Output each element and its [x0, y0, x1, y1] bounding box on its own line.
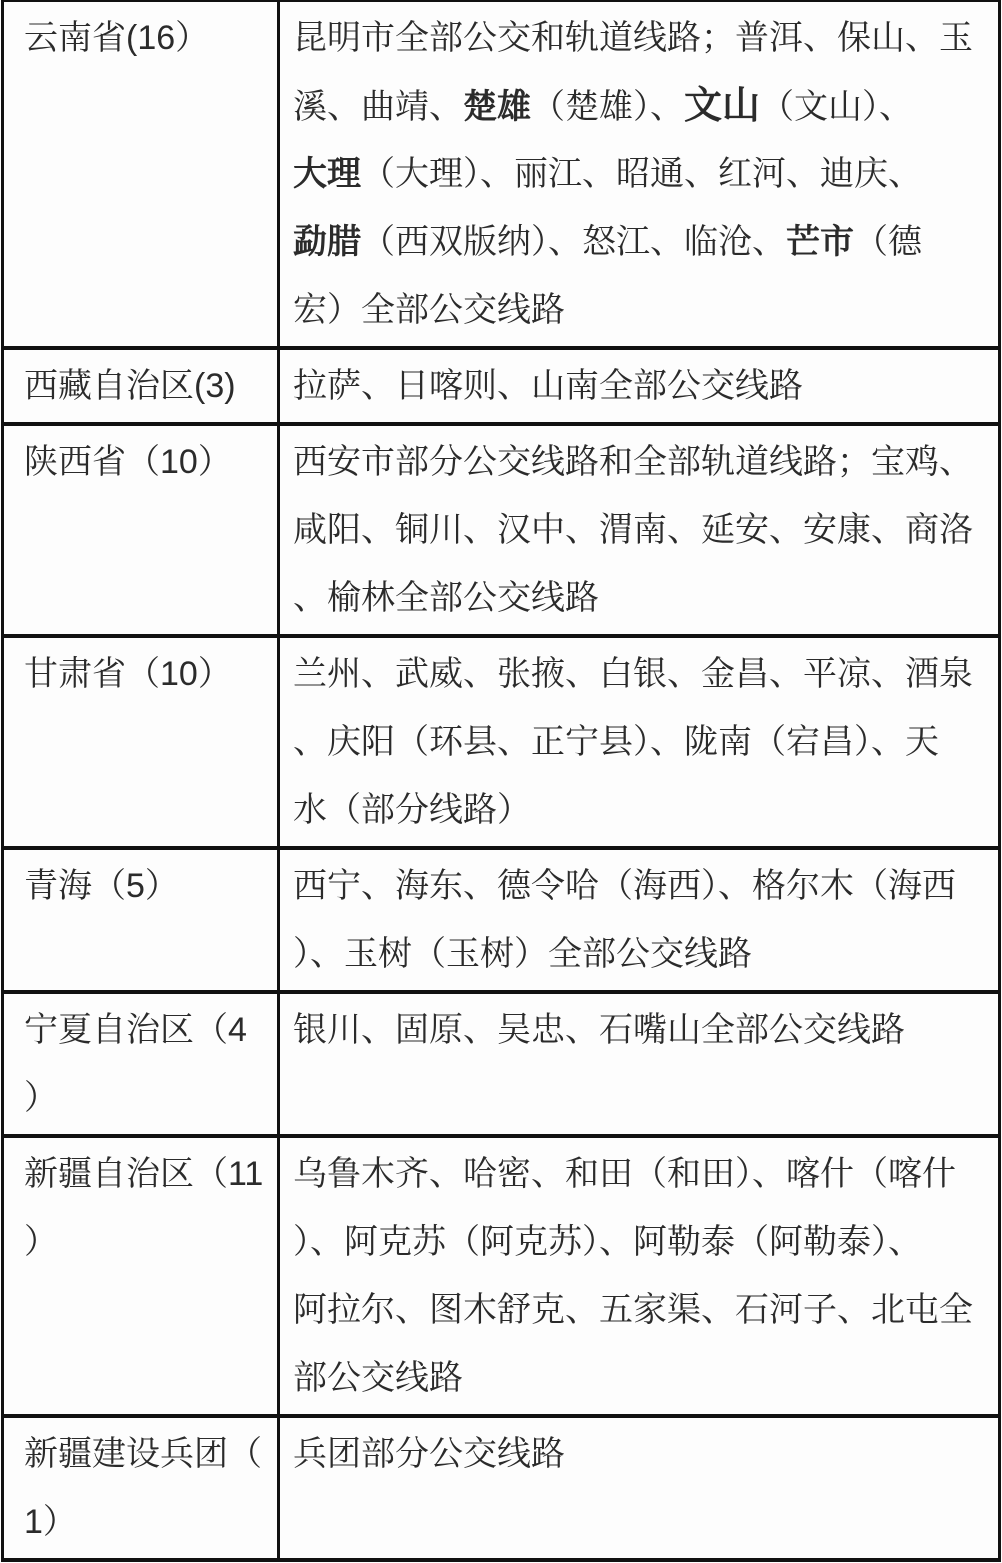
coverage-line: 阿拉尔、图木舒克、五家渠、石河子、北屯全	[293, 1276, 992, 1344]
text-segment: 新疆自治区（11	[24, 1155, 263, 1193]
region-cell: 云南省(16）	[3, 1, 279, 348]
text-segment: 宏）全部公交线路	[293, 291, 565, 329]
text-segment: （德	[854, 223, 922, 261]
coverage-line: ）、阿克苏（阿克苏）、阿勒泰（阿勒泰）、	[293, 1208, 992, 1276]
text-segment: 、庆阳（环县、正宁县）、陇南（宕昌）、天	[293, 723, 939, 761]
coverage-cell: 乌鲁木齐、哈密、和田（和田）、喀什（喀什）、阿克苏（阿克苏）、阿勒泰（阿勒泰）、…	[279, 1136, 1000, 1416]
text-segment: ）、阿克苏（阿克苏）、阿勒泰（阿勒泰）、	[293, 1223, 922, 1261]
region-line: 陕西省（10）	[24, 428, 271, 496]
city-name-bold: 芒市	[786, 223, 854, 261]
city-name-bold: 大理	[293, 155, 361, 193]
region-cell: 新疆建设兵团（1）	[3, 1416, 279, 1560]
region-cell: 新疆自治区（11）	[3, 1136, 279, 1416]
text-segment: （楚雄）、	[531, 88, 684, 126]
text-segment: 陕西省（10）	[24, 443, 232, 481]
coverage-line: 水（部分线路）	[293, 776, 992, 844]
region-line: 宁夏自治区（4	[24, 996, 271, 1064]
coverage-line: 大理（大理）、丽江、昭通、红河、迪庆、	[293, 140, 992, 208]
coverage-line: 、榆林全部公交线路	[293, 564, 992, 632]
city-name-bold: 文山	[684, 85, 760, 127]
coverage-line: 部公交线路	[293, 1344, 992, 1412]
text-segment: 1）	[24, 1503, 77, 1541]
coverage-line: 兰州、武威、张掖、白银、金昌、平凉、酒泉	[293, 640, 992, 708]
text-segment: 西安市部分公交线路和全部轨道线路；宝鸡、	[293, 443, 973, 481]
region-line: 1）	[24, 1488, 271, 1556]
text-segment: 银川、固原、吴忠、石嘴山全部公交线路	[293, 1011, 905, 1049]
region-line: 青海（5）	[24, 852, 271, 920]
coverage-cell: 兰州、武威、张掖、白银、金昌、平凉、酒泉、庆阳（环县、正宁县）、陇南（宕昌）、天…	[279, 636, 1000, 848]
region-line: 西藏自治区(3)	[24, 352, 271, 420]
coverage-cell: 西宁、海东、德令哈（海西）、格尔木（海西）、玉树（玉树）全部公交线路	[279, 848, 1000, 992]
text-segment: 兵团部分公交线路	[293, 1435, 565, 1473]
text-segment: 西宁、海东、德令哈（海西）、格尔木（海西	[293, 867, 956, 905]
coverage-cell: 昆明市全部公交和轨道线路；普洱、保山、玉溪、曲靖、楚雄（楚雄）、文山（文山）、大…	[279, 1, 1000, 348]
region-line: 新疆建设兵团（	[24, 1420, 271, 1488]
region-line: 新疆自治区（11	[24, 1140, 271, 1208]
table-row: 陕西省（10） 西安市部分公交线路和全部轨道线路；宝鸡、咸阳、铜川、汉中、渭南、…	[3, 424, 1000, 636]
text-segment: 青海（5）	[24, 867, 179, 905]
text-segment: 新疆建设兵团（	[24, 1435, 262, 1473]
text-segment: 乌鲁木齐、哈密、和田（和田）、喀什（喀什	[293, 1155, 956, 1193]
coverage-line: 西宁、海东、德令哈（海西）、格尔木（海西	[293, 852, 992, 920]
coverage-line: 西安市部分公交线路和全部轨道线路；宝鸡、	[293, 428, 992, 496]
text-segment: 宁夏自治区（4	[24, 1011, 247, 1049]
transit-coverage-table: 云南省(16） 昆明市全部公交和轨道线路；普洱、保山、玉溪、曲靖、楚雄（楚雄）、…	[1, 0, 1001, 1562]
table-row: 西藏自治区(3) 拉萨、日喀则、山南全部公交线路	[3, 348, 1000, 424]
text-segment: （西双版纳）、怒江、临沧、	[361, 223, 786, 261]
text-segment: 水（部分线路）	[293, 791, 531, 829]
text-segment: 西藏自治区(3)	[24, 367, 236, 405]
table-row: 云南省(16） 昆明市全部公交和轨道线路；普洱、保山、玉溪、曲靖、楚雄（楚雄）、…	[3, 1, 1000, 348]
region-cell: 西藏自治区(3)	[3, 348, 279, 424]
region-cell: 甘肃省（10）	[3, 636, 279, 848]
coverage-line: 咸阳、铜川、汉中、渭南、延安、安康、商洛	[293, 496, 992, 564]
coverage-line: 银川、固原、吴忠、石嘴山全部公交线路	[293, 996, 992, 1064]
city-name-bold: 楚雄	[463, 88, 531, 126]
region-line: ）	[24, 1064, 271, 1132]
text-segment: ）	[24, 1079, 58, 1117]
region-line: ）	[24, 1208, 271, 1276]
table-body: 云南省(16） 昆明市全部公交和轨道线路；普洱、保山、玉溪、曲靖、楚雄（楚雄）、…	[3, 1, 1000, 1560]
region-line: 甘肃省（10）	[24, 640, 271, 708]
coverage-line: 昆明市全部公交和轨道线路；普洱、保山、玉	[293, 4, 992, 72]
coverage-line: 兵团部分公交线路	[293, 1420, 992, 1488]
coverage-line: 、庆阳（环县、正宁县）、陇南（宕昌）、天	[293, 708, 992, 776]
coverage-line: ）、玉树（玉树）全部公交线路	[293, 920, 992, 988]
text-segment: 云南省(16）	[24, 19, 209, 57]
text-segment: 咸阳、铜川、汉中、渭南、延安、安康、商洛	[293, 511, 973, 549]
text-segment: （文山）、	[760, 88, 913, 126]
table-row: 新疆建设兵团（1） 兵团部分公交线路	[3, 1416, 1000, 1560]
text-segment: 溪、曲靖、	[293, 88, 463, 126]
text-segment: 兰州、武威、张掖、白银、金昌、平凉、酒泉	[293, 655, 973, 693]
text-segment: （大理）、丽江、昭通、红河、迪庆、	[361, 155, 922, 193]
text-segment: 昆明市全部公交和轨道线路；普洱、保山、玉	[293, 19, 973, 57]
coverage-cell: 拉萨、日喀则、山南全部公交线路	[279, 348, 1000, 424]
text-segment: 、榆林全部公交线路	[293, 579, 599, 617]
text-segment: 阿拉尔、图木舒克、五家渠、石河子、北屯全	[293, 1291, 973, 1329]
coverage-cell: 银川、固原、吴忠、石嘴山全部公交线路	[279, 992, 1000, 1136]
text-segment: ）、玉树（玉树）全部公交线路	[293, 935, 752, 973]
coverage-line: 拉萨、日喀则、山南全部公交线路	[293, 352, 992, 420]
coverage-cell: 西安市部分公交线路和全部轨道线路；宝鸡、咸阳、铜川、汉中、渭南、延安、安康、商洛…	[279, 424, 1000, 636]
region-cell: 青海（5）	[3, 848, 279, 992]
coverage-line: 乌鲁木齐、哈密、和田（和田）、喀什（喀什	[293, 1140, 992, 1208]
text-segment: 甘肃省（10）	[24, 655, 232, 693]
coverage-line: 宏）全部公交线路	[293, 276, 992, 344]
text-segment: ）	[24, 1223, 58, 1261]
city-name-bold: 勐腊	[293, 223, 361, 261]
table-row: 甘肃省（10） 兰州、武威、张掖、白银、金昌、平凉、酒泉、庆阳（环县、正宁县）、…	[3, 636, 1000, 848]
region-cell: 陕西省（10）	[3, 424, 279, 636]
table-row: 宁夏自治区（4） 银川、固原、吴忠、石嘴山全部公交线路	[3, 992, 1000, 1136]
table-row: 青海（5） 西宁、海东、德令哈（海西）、格尔木（海西）、玉树（玉树）全部公交线路	[3, 848, 1000, 992]
table-row: 新疆自治区（11） 乌鲁木齐、哈密、和田（和田）、喀什（喀什）、阿克苏（阿克苏）…	[3, 1136, 1000, 1416]
text-segment: 拉萨、日喀则、山南全部公交线路	[293, 367, 803, 405]
text-segment: 部公交线路	[293, 1359, 463, 1397]
region-cell: 宁夏自治区（4）	[3, 992, 279, 1136]
coverage-cell: 兵团部分公交线路	[279, 1416, 1000, 1560]
coverage-line: 勐腊（西双版纳）、怒江、临沧、芒市（德	[293, 208, 992, 276]
region-line: 云南省(16）	[24, 4, 271, 72]
coverage-line: 溪、曲靖、楚雄（楚雄）、文山（文山）、	[293, 72, 992, 140]
page: 云南省(16） 昆明市全部公交和轨道线路；普洱、保山、玉溪、曲靖、楚雄（楚雄）、…	[0, 0, 1002, 1563]
